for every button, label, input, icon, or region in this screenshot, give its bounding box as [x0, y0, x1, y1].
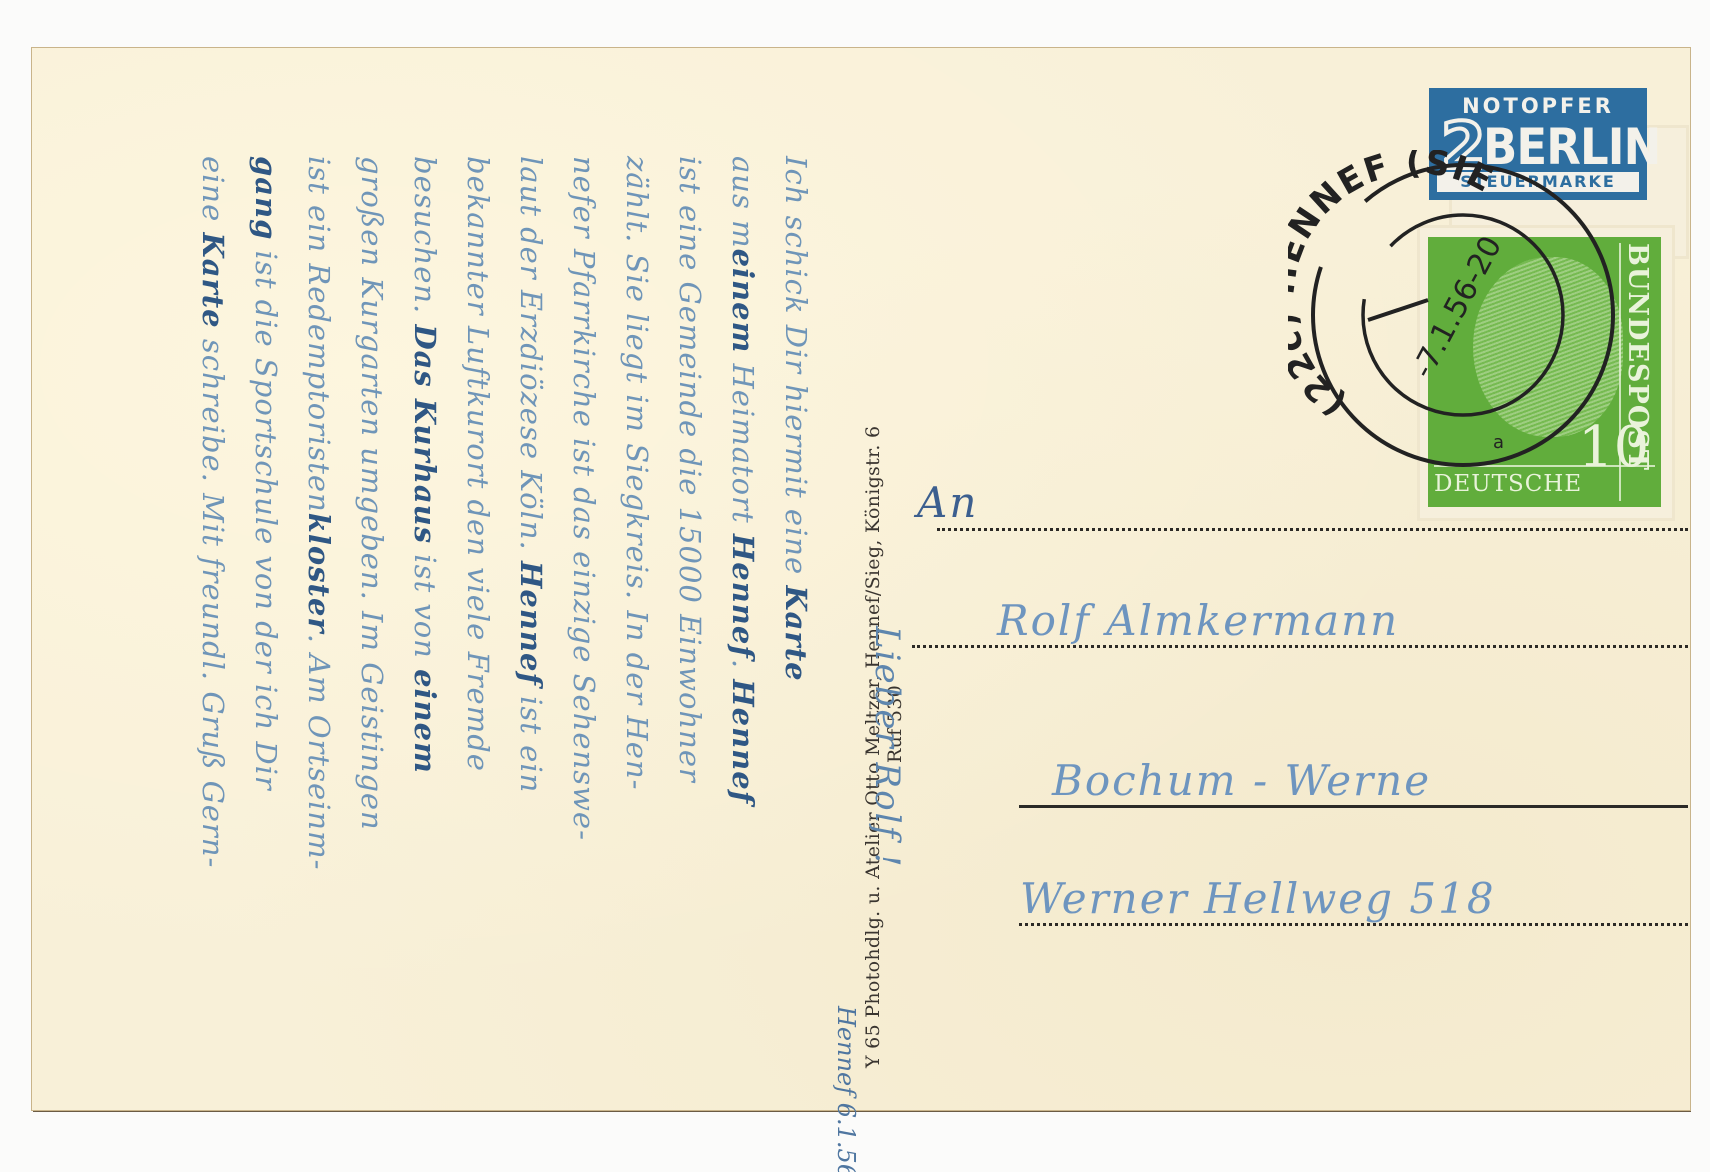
address-salutation: An: [917, 478, 978, 527]
notopfer-berlin-stamp: NOTOPFER 2 BERLIN STEUERMARKE: [1429, 88, 1647, 200]
handwritten-message: Hennef 6.1.56 Lieber Rolf ! Ich schick D…: [186, 156, 822, 1156]
message-line: zählt. Sie liegt im Siegkreis. In der He…: [610, 156, 663, 1156]
address-line-1: [937, 528, 1688, 531]
message-line: besuchen. Das Kurhaus ist von einem: [398, 156, 451, 1156]
heuss-10pf-stamp: BUNDESPOST 10 DEUTSCHE: [1428, 237, 1661, 507]
message-line: Ich schick Dir hiermit eine Karte: [769, 156, 822, 1156]
message-line: ist ein Redemptoristenkloster. Am Ortsei…: [292, 156, 345, 1156]
stamp-bottom-text: STEUERMARKE: [1437, 172, 1639, 192]
message-line: großen Kurgarten umgeben. Im Geistingen: [345, 156, 398, 1156]
stamp-vertical-label: BUNDESPOST: [1623, 243, 1657, 443]
address-line-4: [1019, 923, 1688, 926]
address-street: Werner Hellweg 518: [1020, 874, 1496, 923]
emphasized-word: Hennef: [514, 561, 548, 686]
emphasized-word: einem: [726, 249, 760, 354]
address-city: Bochum - Werne: [1052, 756, 1431, 805]
emphasized-word: einem: [408, 669, 442, 774]
portrait-icon: [1473, 257, 1623, 437]
message-line: gang ist die Sportschule von der ich Dir: [239, 156, 292, 1156]
stamp-value: 10: [1578, 415, 1649, 480]
message-line: aus meinem Heimatort Hennef. Hennef: [716, 156, 769, 1156]
message-greeting: Lieber Rolf !: [867, 626, 907, 869]
stamp-bottom-text: DEUTSCHE: [1434, 471, 1582, 497]
message-line: bekannter Luftkurort den viele Fremde: [451, 156, 504, 1156]
emphasized-word: Hennef: [726, 679, 760, 804]
emphasized-word: Karte: [779, 585, 813, 681]
emphasized-word: Das Kurhaus: [408, 324, 442, 544]
address-line-2: [912, 645, 1688, 648]
address-line-3: [1019, 805, 1688, 808]
stamp-city: BERLIN: [1483, 118, 1660, 176]
emphasized-word: kloster: [302, 513, 336, 634]
emphasized-word: gang: [249, 156, 283, 240]
message-date: Hennef 6.1.56: [832, 1006, 860, 1172]
message-line: laut der Erzdiözese Köln. Hennef ist ein: [504, 156, 557, 1156]
message-line: ist eine Gemeinde die 15000 Einwohner: [663, 156, 716, 1156]
emphasized-word: Karte: [196, 233, 230, 329]
emphasized-word: Hennef: [726, 534, 760, 659]
postcard: Y 65 Photohdlg. u. Atelier Otto Meltzer,…: [32, 48, 1690, 1110]
message-line: nefer Pfarrkirche ist das einzige Sehens…: [557, 156, 610, 1156]
message-line: eine Karte schreibe. Mit freundl. Gruß G…: [186, 156, 239, 1156]
address-name: Rolf Almkermann: [997, 596, 1399, 645]
